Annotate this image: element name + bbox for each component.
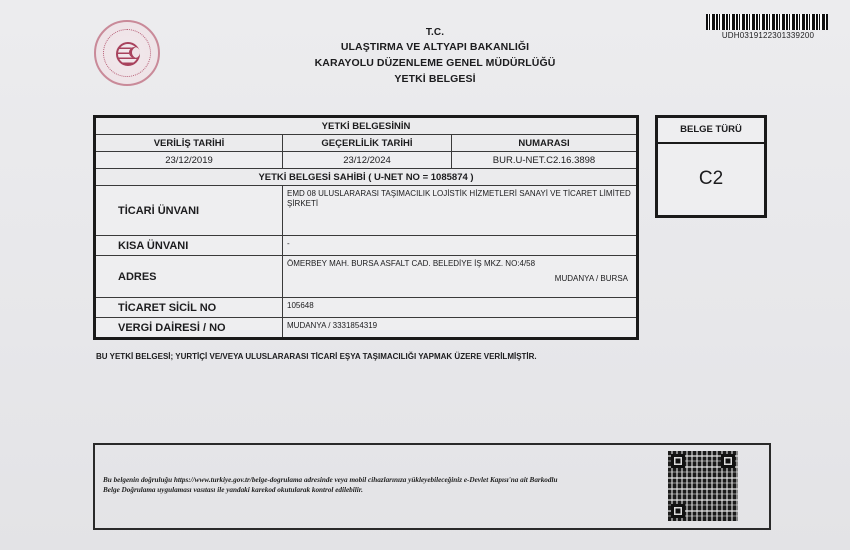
tax-office-label: VERGİ DAİRESİ / NO [95,318,283,339]
trade-registry-value: 105648 [283,298,638,318]
verification-box: Bu belgenin doğruluğu https://www.turkiy… [93,443,771,530]
col-number: NUMARASI [452,135,638,152]
qr-finder-icon [671,454,685,468]
barcode-icon [706,14,828,30]
number-value: BUR.U-NET.C2.16.3898 [452,152,638,169]
address-cell: ÖMERBEY MAH. BURSA ASFALT CAD. BELEDİYE … [283,256,638,298]
issue-date-value: 23/12/2019 [95,152,283,169]
header-directorate: KARAYOLU DÜZENLEME GENEL MÜDÜRLÜĞÜ [250,55,620,71]
authorization-note: BU YETKİ BELGESİ; YURTİÇİ VE/VEYA ULUSLA… [96,352,596,362]
short-name-label: KISA ÜNVANI [95,236,283,256]
address-city: MUDANYA / BURSA [287,274,632,284]
header-doc-title: YETKİ BELGESİ [250,71,620,87]
ministry-seal-icon [94,20,160,86]
document-type-box: BELGE TÜRÜ C2 [655,115,767,218]
address-label: ADRES [95,256,283,298]
header-ministry: ULAŞTIRMA VE ALTYAPI BAKANLIĞI [250,39,620,55]
trade-name-label: TİCARİ ÜNVANI [95,186,283,236]
qr-finder-icon [721,454,735,468]
col-issue-date: VERİLİŞ TARİHİ [95,135,283,152]
document-type-label: BELGE TÜRÜ [658,118,764,144]
header-tc: T.C. [250,27,620,39]
document-header: T.C. ULAŞTIRMA VE ALTYAPI BAKANLIĞI KARA… [250,27,620,87]
col-validity-date: GEÇERLİLİK TARİHİ [283,135,452,152]
short-name-value: - [283,236,638,256]
validity-date-value: 23/12/2024 [283,152,452,169]
table-title: YETKİ BELGESİNİN [95,117,638,135]
holder-title: YETKİ BELGESİ SAHİBİ ( U-NET NO = 108587… [95,169,638,186]
trade-registry-label: TİCARET SİCİL NO [95,298,283,318]
tax-office-value: MUDANYA / 3331854319 [283,318,638,339]
trade-name-value: EMD 08 ULUSLARARASI TAŞIMACILIK LOJİSTİK… [283,186,638,236]
qr-code-icon[interactable] [668,451,738,521]
crescent-icon [129,47,140,58]
document-type-value: C2 [658,168,764,190]
barcode-number: UDH0319122301339200 [706,31,830,40]
authorization-table: YETKİ BELGESİNİN VERİLİŞ TARİHİ GEÇERLİL… [93,115,639,340]
qr-finder-icon [671,504,685,518]
verification-text: Bu belgenin doğruluğu https://www.turkiy… [103,475,563,495]
address-value: ÖMERBEY MAH. BURSA ASFALT CAD. BELEDİYE … [287,259,587,269]
